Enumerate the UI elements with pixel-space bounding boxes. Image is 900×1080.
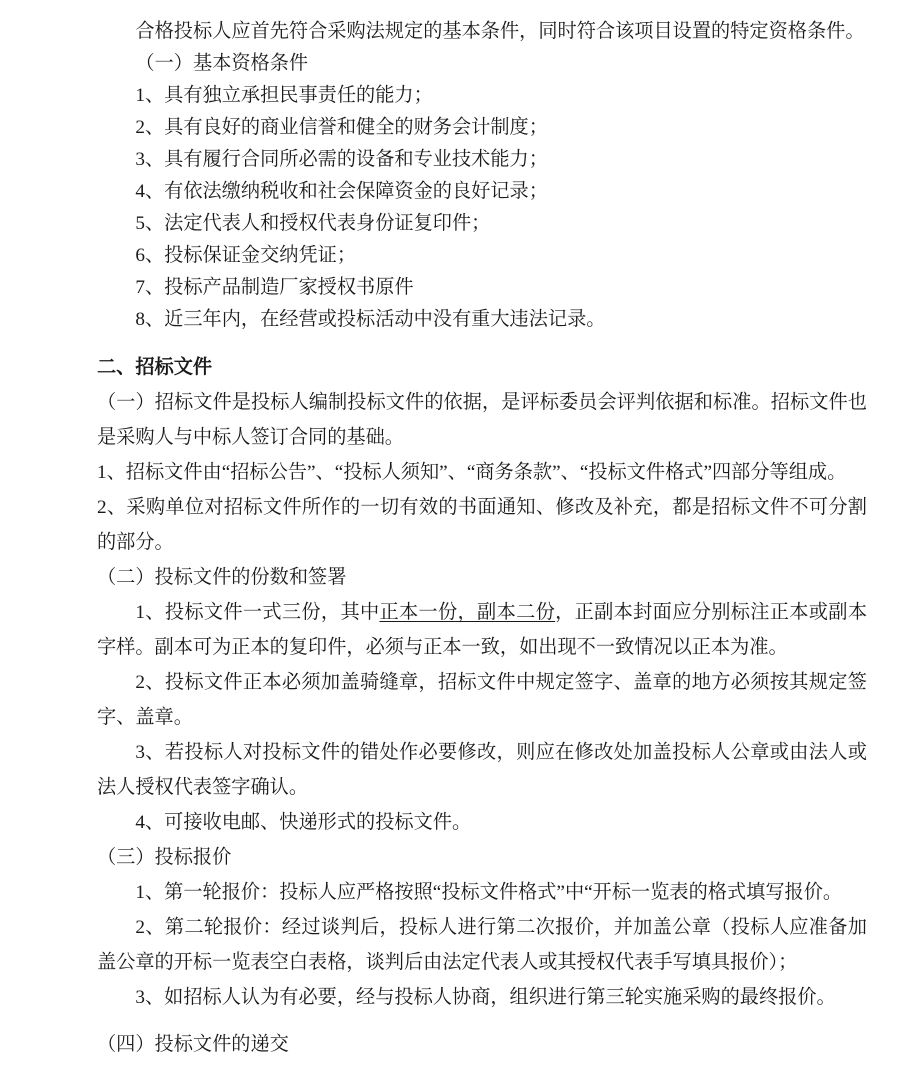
copies-item-1: 1、投标文件一式三份，其中正本一份，副本二份，正副本封面应分别标注正本或副本字样… [97,595,867,665]
section-tender-documents: 二、招标文件 （一）招标文件是投标人编制投标文件的依据，是评标委员会评判依据和标… [97,350,867,1062]
qualification-item-3: 3、具有履行合同所必需的设备和专业技术能力； [97,144,867,176]
qualification-item-5: 5、法定代表人和授权代表身份证复印件； [97,208,867,240]
intro-paragraph: 合格投标人应首先符合采购法规定的基本条件，同时符合该项目设置的特定资格条件。 [97,16,867,48]
copies-item-3: 3、若投标人对投标文件的错处作必要修改，则应在修改处加盖投标人公章或由法人或法人… [97,735,867,805]
subheading-basic-qualification: （一）基本资格条件 [97,48,867,80]
subheading-submission: （四）投标文件的递交 [97,1027,867,1062]
copies-item-4: 4、可接收电邮、快递形式的投标文件。 [97,805,867,840]
copies-item-1-underlined: 正本一份，副本二份 [379,602,555,623]
subheading-quotation: （三）投标报价 [97,840,867,875]
paragraph-basis: （一）招标文件是投标人编制投标文件的依据，是评标委员会评判依据和标准。招标文件也… [97,385,867,455]
qualification-item-8: 8、近三年内，在经营或投标活动中没有重大违法记录。 [97,304,867,336]
section-qualification: 合格投标人应首先符合采购法规定的基本条件，同时符合该项目设置的特定资格条件。 （… [97,16,867,336]
document-page: 合格投标人应首先符合采购法规定的基本条件，同时符合该项目设置的特定资格条件。 （… [0,0,900,1080]
paragraph-composition: 1、招标文件由“招标公告”、“投标人须知”、“商务条款”、“投标文件格式”四部分… [97,455,867,490]
heading-tender-documents: 二、招标文件 [97,350,867,385]
qualification-item-6: 6、投标保证金交纳凭证； [97,240,867,272]
paragraph-supplement: 2、采购单位对招标文件所作的一切有效的书面通知、修改及补充，都是招标文件不可分割… [97,490,867,560]
qualification-item-2: 2、具有良好的商业信誉和健全的财务会计制度； [97,112,867,144]
copies-item-2: 2、投标文件正本必须加盖骑缝章，招标文件中规定签字、盖章的地方必须按其规定签字、… [97,665,867,735]
quotation-item-2: 2、第二轮报价：经过谈判后，投标人进行第二次报价，并加盖公章（投标人应准备加盖公… [97,910,867,980]
qualification-item-4: 4、有依法缴纳税收和社会保障资金的良好记录； [97,176,867,208]
subheading-copies-signing: （二）投标文件的份数和签署 [97,560,867,595]
quotation-item-3: 3、如招标人认为有必要，经与投标人协商，组织进行第三轮实施采购的最终报价。 [97,980,867,1015]
qualification-item-1: 1、具有独立承担民事责任的能力； [97,80,867,112]
copies-item-1-pre: 1、投标文件一式三份，其中 [135,602,379,623]
quotation-item-1: 1、第一轮报价：投标人应严格按照“投标文件格式”中“开标一览表的格式填写报价。 [97,875,867,910]
qualification-item-7: 7、投标产品制造厂家授权书原件 [97,272,867,304]
